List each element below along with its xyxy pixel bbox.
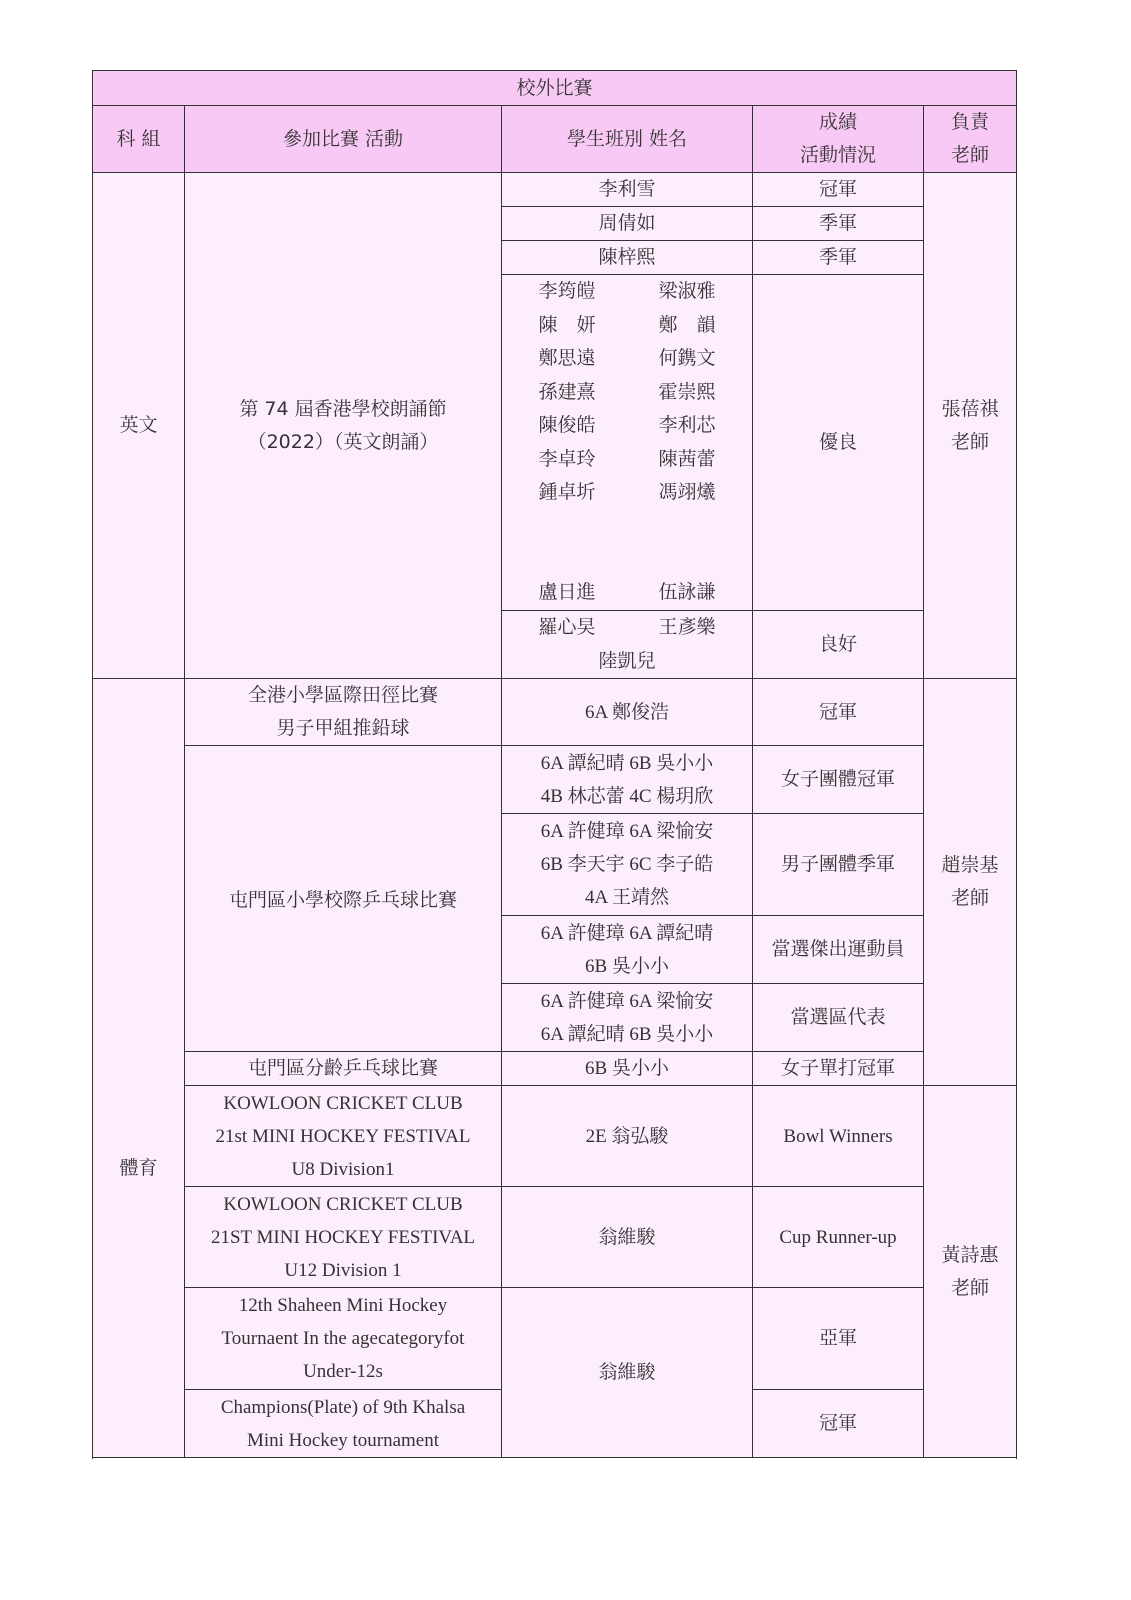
table-title: 校外比賽 bbox=[93, 71, 1017, 106]
result-cell: 女子單打冠軍 bbox=[753, 1052, 924, 1086]
name-pair: 李卓玲陳茜蕾 bbox=[502, 443, 752, 477]
activity-line1: 全港小學區際田徑比賽 bbox=[185, 679, 501, 712]
table-row: 體育 全港小學區際田徑比賽 男子甲組推鉛球 6A 鄭俊浩 冠軍 趙崇基 老師 bbox=[93, 679, 1017, 746]
student-line: 6B 吳小小 bbox=[502, 950, 752, 983]
activity-agegroup: 屯門區分齡乒乓球比賽 bbox=[185, 1052, 502, 1086]
teacher-title: 老師 bbox=[924, 426, 1016, 459]
teacher-title: 老師 bbox=[924, 1272, 1016, 1305]
result-cell: 當選區代表 bbox=[753, 984, 924, 1052]
table-row: KOWLOON CRICKET CLUB 21st MINI HOCKEY FE… bbox=[93, 1086, 1017, 1187]
student-name: 陳俊皓 bbox=[532, 409, 602, 443]
activity-hockey-u8: KOWLOON CRICKET CLUB 21st MINI HOCKEY FE… bbox=[185, 1086, 502, 1187]
result-cell: 冠軍 bbox=[753, 679, 924, 746]
activity-speech-festival: 第 74 屆香港學校朗誦節 （2022）（英文朗誦） bbox=[185, 173, 502, 679]
activity-line: Mini Hockey tournament bbox=[185, 1424, 501, 1457]
table-row: 屯門區小學校際乒乓球比賽 6A 譚紀晴 6B 吳小小 4B 林芯蕾 4C 楊玥欣… bbox=[93, 746, 1017, 814]
competition-table-page: 校外比賽 科 組 參加比賽 活動 學生班別 姓名 成績 活動情況 負責 老師 英… bbox=[92, 70, 1016, 1458]
student-name: 陳 妍 bbox=[532, 309, 602, 343]
teacher-name: 黃詩惠 bbox=[924, 1239, 1016, 1272]
result-cell: Bowl Winners bbox=[753, 1086, 924, 1187]
student-name: 羅心旲 bbox=[532, 611, 602, 645]
header-result: 成績 活動情況 bbox=[753, 106, 924, 173]
result-cell: 冠軍 bbox=[753, 173, 924, 207]
student-line: 6A 譚紀晴 6B 吳小小 bbox=[502, 1018, 752, 1051]
activity-line: 21ST MINI HOCKEY FESTIVAL bbox=[185, 1221, 501, 1254]
student-line: 6A 譚紀晴 6B 吳小小 bbox=[502, 747, 752, 780]
activity-hockey-u12: KOWLOON CRICKET CLUB 21ST MINI HOCKEY FE… bbox=[185, 1187, 502, 1288]
activity-line: Champions(Plate) of 9th Khalsa bbox=[185, 1391, 501, 1424]
header-teacher-line2: 老師 bbox=[924, 139, 1016, 172]
student-line: 4B 林芯蕾 4C 楊玥欣 bbox=[502, 780, 752, 813]
result-cell: Cup Runner-up bbox=[753, 1187, 924, 1288]
subject-english: 英文 bbox=[93, 173, 185, 679]
student-cell: 周倩如 bbox=[502, 207, 753, 241]
student-cell: 陳梓熙 bbox=[502, 241, 753, 275]
name-pair: 陳俊皓李利芯 bbox=[502, 409, 752, 443]
header-subject: 科 組 bbox=[93, 106, 185, 173]
student-name: 李筠皚 bbox=[532, 275, 602, 309]
teacher-english: 張蓓祺 老師 bbox=[924, 173, 1017, 679]
header-result-line1: 成績 bbox=[753, 106, 923, 139]
student-name: 陸凱兒 bbox=[502, 645, 752, 679]
result-cell: 女子團體冠軍 bbox=[753, 746, 924, 814]
name-pair: 盧日進伍詠謙 bbox=[502, 576, 752, 610]
activity-line: KOWLOON CRICKET CLUB bbox=[185, 1188, 501, 1221]
teacher-name: 趙崇基 bbox=[924, 849, 1016, 882]
student-cell: 6A 鄭俊浩 bbox=[502, 679, 753, 746]
table-row: 英文 第 74 屆香港學校朗誦節 （2022）（英文朗誦） 李利雪 冠軍 張蓓祺… bbox=[93, 173, 1017, 207]
table-row: 屯門區分齡乒乓球比賽 6B 吳小小 女子單打冠軍 bbox=[93, 1052, 1017, 1086]
activity-tabletennis: 屯門區小學校際乒乓球比賽 bbox=[185, 746, 502, 1052]
student-line: 6A 許健璋 6A 梁愉安 bbox=[502, 815, 752, 848]
activity-hockey-shaheen: 12th Shaheen Mini Hockey Tournaent In th… bbox=[185, 1288, 502, 1390]
activity-line: KOWLOON CRICKET CLUB bbox=[185, 1087, 501, 1120]
result-cell: 季軍 bbox=[753, 241, 924, 275]
activity-shotput: 全港小學區際田徑比賽 男子甲組推鉛球 bbox=[185, 679, 502, 746]
name-pair: 孫建熹霍崇熙 bbox=[502, 376, 752, 410]
student-name: 馮翊爔 bbox=[652, 476, 722, 510]
good-students-cell: 羅心旲王彥樂 陸凱兒 bbox=[502, 611, 753, 679]
student-line: 4A 王靖然 bbox=[502, 881, 752, 914]
student-line: 6A 許健璋 6A 譚紀晴 bbox=[502, 917, 752, 950]
student-cell: 李利雪 bbox=[502, 173, 753, 207]
teacher-title: 老師 bbox=[924, 882, 1016, 915]
teacher-pe-2: 黃詩惠 老師 bbox=[924, 1086, 1017, 1458]
activity-line1: 第 74 屆香港學校朗誦節 bbox=[185, 393, 501, 426]
student-name: 盧日進 bbox=[532, 576, 602, 610]
name-pair: 鍾卓圻馮翊爔 bbox=[502, 476, 752, 510]
student-cell: 6A 許健璋 6A 譚紀晴 6B 吳小小 bbox=[502, 916, 753, 984]
result-cell: 男子團體季軍 bbox=[753, 814, 924, 916]
table-row: KOWLOON CRICKET CLUB 21ST MINI HOCKEY FE… bbox=[93, 1187, 1017, 1288]
student-line: 6A 許健璋 6A 梁愉安 bbox=[502, 985, 752, 1018]
header-students: 學生班別 姓名 bbox=[502, 106, 753, 173]
student-name: 鄭 韻 bbox=[652, 309, 722, 343]
activity-line: Under-12s bbox=[185, 1355, 501, 1388]
header-result-line2: 活動情況 bbox=[753, 139, 923, 172]
name-pair: 羅心旲王彥樂 bbox=[502, 611, 752, 645]
student-name: 伍詠謙 bbox=[652, 576, 722, 610]
result-cell: 冠軍 bbox=[753, 1390, 924, 1458]
header-teacher: 負責 老師 bbox=[924, 106, 1017, 173]
merit-students-cell: 李筠皚梁淑雅 陳 妍鄭 韻 鄭思遠何鎸文 孫建熹霍崇熙 陳俊皓李利芯 李卓玲陳茜… bbox=[502, 275, 753, 611]
subject-pe: 體育 bbox=[93, 679, 185, 1458]
result-cell: 當選傑出運動員 bbox=[753, 916, 924, 984]
student-cell: 翁維駿 bbox=[502, 1288, 753, 1458]
name-pair: 李筠皚梁淑雅 bbox=[502, 275, 752, 309]
header-activity: 參加比賽 活動 bbox=[185, 106, 502, 173]
student-name: 何鎸文 bbox=[652, 342, 722, 376]
student-cell: 6B 吳小小 bbox=[502, 1052, 753, 1086]
student-name: 孫建熹 bbox=[532, 376, 602, 410]
student-name: 鄭思遠 bbox=[532, 342, 602, 376]
student-cell: 6A 許健璋 6A 梁愉安 6B 李天宇 6C 李子皓 4A 王靖然 bbox=[502, 814, 753, 916]
external-competitions-table: 校外比賽 科 組 參加比賽 活動 學生班別 姓名 成績 活動情況 負責 老師 英… bbox=[92, 70, 1017, 1458]
activity-line2: 男子甲組推鉛球 bbox=[185, 712, 501, 745]
student-name: 霍崇熙 bbox=[652, 376, 722, 410]
teacher-pe-1: 趙崇基 老師 bbox=[924, 679, 1017, 1086]
student-cell: 6A 許健璋 6A 梁愉安 6A 譚紀晴 6B 吳小小 bbox=[502, 984, 753, 1052]
student-line: 6B 李天宇 6C 李子皓 bbox=[502, 848, 752, 881]
student-name: 李利芯 bbox=[652, 409, 722, 443]
name-pair: 陳 妍鄭 韻 bbox=[502, 309, 752, 343]
activity-line: 12th Shaheen Mini Hockey bbox=[185, 1289, 501, 1322]
teacher-name: 張蓓祺 bbox=[924, 393, 1016, 426]
activity-line2: （2022）（英文朗誦） bbox=[185, 426, 501, 459]
student-name: 李卓玲 bbox=[532, 443, 602, 477]
student-name: 王彥樂 bbox=[652, 611, 722, 645]
result-cell: 亞軍 bbox=[753, 1288, 924, 1390]
name-pair: 鄭思遠何鎸文 bbox=[502, 342, 752, 376]
activity-line: U8 Division1 bbox=[185, 1153, 501, 1186]
student-cell: 翁維駿 bbox=[502, 1187, 753, 1288]
activity-hockey-khalsa: Champions(Plate) of 9th Khalsa Mini Hock… bbox=[185, 1390, 502, 1458]
student-name: 陳茜蕾 bbox=[652, 443, 722, 477]
result-cell: 季軍 bbox=[753, 207, 924, 241]
table-row: 12th Shaheen Mini Hockey Tournaent In th… bbox=[93, 1288, 1017, 1390]
header-teacher-line1: 負責 bbox=[924, 106, 1016, 139]
result-cell: 良好 bbox=[753, 611, 924, 679]
activity-line: U12 Division 1 bbox=[185, 1254, 501, 1287]
student-name: 鍾卓圻 bbox=[532, 476, 602, 510]
student-name: 梁淑雅 bbox=[652, 275, 722, 309]
student-cell: 2E 翁弘駿 bbox=[502, 1086, 753, 1187]
student-cell: 6A 譚紀晴 6B 吳小小 4B 林芯蕾 4C 楊玥欣 bbox=[502, 746, 753, 814]
activity-line: 21st MINI HOCKEY FESTIVAL bbox=[185, 1120, 501, 1153]
activity-line: Tournaent In the agecategoryfot bbox=[185, 1322, 501, 1355]
result-cell: 優良 bbox=[753, 275, 924, 611]
